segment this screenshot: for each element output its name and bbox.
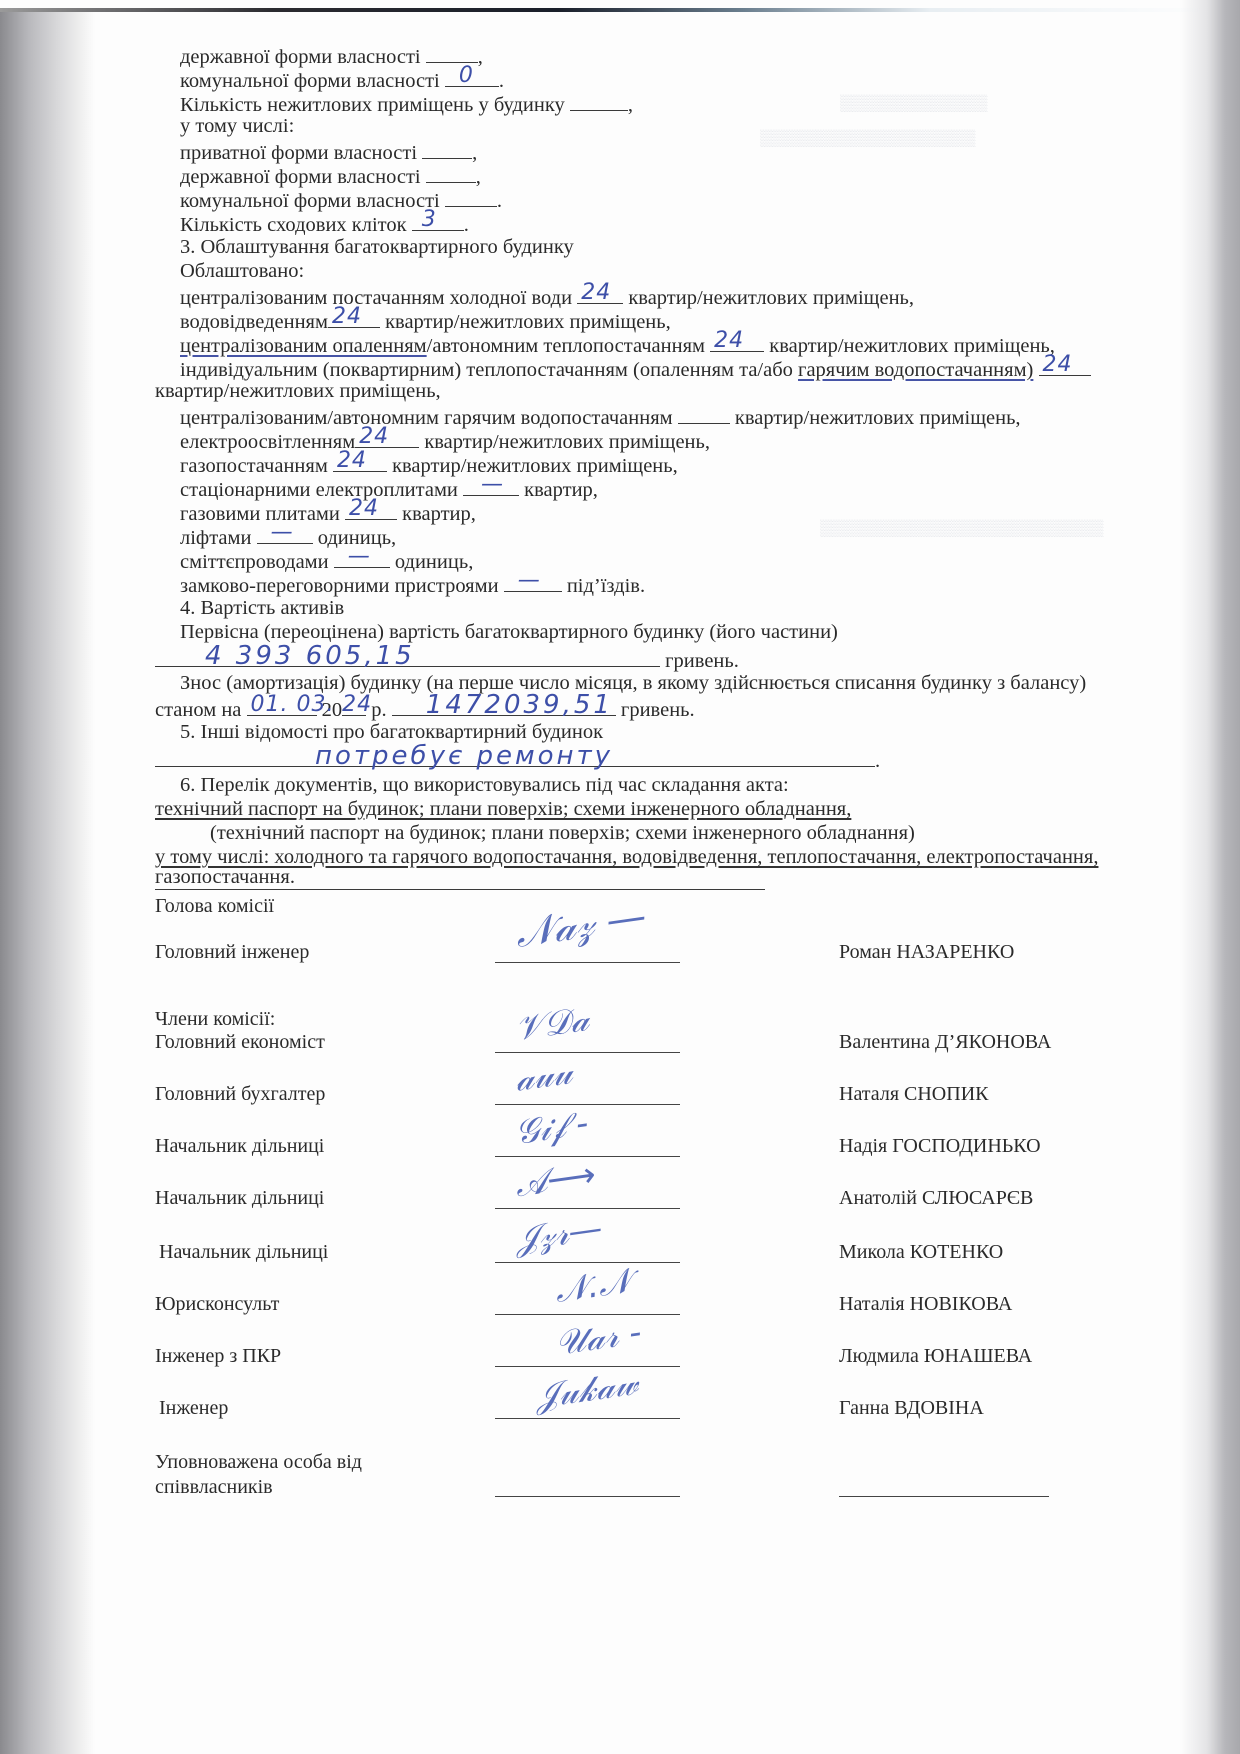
individual-heating-suffix: квартир/нежитлових приміщень, <box>155 379 441 403</box>
state-ownership-nonres-field[interactable] <box>426 162 476 183</box>
garbage-chutes-line: сміттєпроводами — одиниць, <box>180 547 473 574</box>
depreciation-line: станом на 01. 03. 2024 р. 1472039,51 гри… <box>155 695 695 722</box>
gas-stoves-line: газовими плитами 24 квартир, <box>180 499 476 526</box>
signature-line[interactable] <box>495 1314 680 1315</box>
including-label: у тому числі: <box>180 114 294 138</box>
state-ownership-field[interactable] <box>426 42 478 63</box>
as-of-date-field[interactable]: 01. 03. <box>247 695 317 716</box>
section5-value-line: потребує ремонту. <box>155 746 880 773</box>
cold-water-line: централізованим постачанням холодної вод… <box>180 283 914 310</box>
scan-top-edge <box>0 8 1240 12</box>
signatory-row: Головний бухгалтер 𝒶𝓊𝓊 Наталя СНОПИК <box>155 1082 1155 1122</box>
electric-lighting-line: електроосвітленням24 квартир/нежитлових … <box>180 427 710 454</box>
signatory-row: Головний інженер 𝒩𝒶𝓏 — Роман НАЗАРЕНКО <box>155 940 1155 980</box>
signature-line[interactable] <box>495 962 680 963</box>
co-owner-representative-row: Уповноважена особа від співвласників <box>155 1450 1155 1520</box>
signatory-row: Начальник дільниці 𝒜⟶ Анатолій СЛЮСАРЄВ <box>155 1186 1155 1226</box>
hot-water-field[interactable] <box>678 403 730 424</box>
signatory-row: Начальник дільниці 𝒢𝒾𝒻 - Надія ГОСПОДИНЬ… <box>155 1134 1155 1174</box>
signature-line[interactable] <box>495 1418 680 1419</box>
signature-mark: 𝒱𝒟𝒶 <box>513 999 592 1049</box>
bleed-through: ▒▒▒▒▒▒▒▒▒▒▒▒▒▒▒▒▒▒▒▒▒▒▒▒▒ <box>820 520 1103 538</box>
communal-ownership-nonres-field[interactable] <box>445 186 497 207</box>
signatory-row: Юрисконсульт 𝒩.𝒩 Наталія НОВІКОВА <box>155 1292 1155 1332</box>
signature-line[interactable] <box>495 1366 680 1367</box>
intercoms-line: замково-переговорними пристроями — під’ї… <box>180 571 645 598</box>
including-systems-line: у тому числі: холодного та гарячого водо… <box>155 845 1098 869</box>
gas-supply-doc-line: газопостачання. <box>155 869 765 896</box>
binding-shadow-right <box>1180 0 1240 1754</box>
initial-value-line: 4 393 605,15 гривень. <box>155 646 739 673</box>
communal-ownership-nonres-line: комунальної форми власності . <box>180 186 502 213</box>
hot-water-line: централізованим/автономним гарячим водоп… <box>180 403 1021 430</box>
initial-value-field[interactable]: 4 393 605,15 <box>155 646 660 667</box>
binding-shadow-left <box>0 12 95 1754</box>
communal-ownership-line: комунальної форми власності 0. <box>180 66 504 93</box>
communal-ownership-field[interactable]: 0 <box>445 66 499 87</box>
sewage-line: водовідведенням24 квартир/нежитлових при… <box>180 307 671 334</box>
private-ownership-field[interactable] <box>422 138 472 159</box>
gas-supply-field[interactable]: 24 <box>333 451 387 472</box>
heating-line: централізованим опаленням/автономним теп… <box>180 331 1055 358</box>
equipped-label: Облаштовано: <box>180 259 304 283</box>
signature-line[interactable] <box>495 1262 680 1263</box>
section5-value-field[interactable]: потребує ремонту <box>155 746 875 767</box>
signature-line[interactable] <box>495 1496 680 1497</box>
gas-stoves-field[interactable]: 24 <box>345 499 397 520</box>
signature-mark: 𝒩𝒶𝓏 — <box>512 893 649 957</box>
elevators-field[interactable]: — <box>257 523 313 544</box>
signature-line[interactable] <box>495 1104 680 1105</box>
signatory-row: Інженер 𝒥𝓊𝓀𝒶𝓌 Ганна ВДОВІНА <box>155 1396 1155 1436</box>
gas-supply-line: газопостачанням 24 квартир/нежитлових пр… <box>180 451 678 478</box>
section3-heading: 3. Облаштування багатоквартирного будинк… <box>180 235 574 259</box>
bleed-through: ▒▒▒▒▒▒▒▒▒▒▒▒▒ <box>840 95 987 113</box>
state-ownership-line: державної форми власності , <box>180 42 483 69</box>
members-heading: Члени комісії: <box>155 1007 275 1031</box>
individual-heating-line: індивідуальним (поквартирним) теплопоста… <box>180 355 1091 382</box>
garbage-chutes-field[interactable]: — <box>334 547 390 568</box>
signature-mark: 𝒢𝒾𝒻 - <box>513 1103 591 1153</box>
nonresidential-count-field[interactable] <box>570 90 628 111</box>
individual-heating-field[interactable]: 24 <box>1039 355 1091 376</box>
signatory-row: Головний економіст 𝒱𝒟𝒶 Валентина Д’ЯКОНО… <box>155 1030 1155 1070</box>
section4-heading: 4. Вартість активів <box>180 596 344 620</box>
documents-line: технічний паспорт на будинок; плани пове… <box>155 797 851 821</box>
depreciation-value-field[interactable]: 1472039,51 <box>392 695 616 716</box>
name-line[interactable] <box>839 1496 1049 1497</box>
electric-stoves-field[interactable]: — <box>463 475 519 496</box>
signatory-row: Інженер з ПКР 𝒰𝒶𝓇 - Людмила ЮНАШЕВА <box>155 1344 1155 1384</box>
intercoms-field[interactable]: — <box>504 571 562 592</box>
bleed-through: ▒▒▒▒▒▒▒▒▒▒▒▒▒▒▒▒▒▒▒ <box>760 130 975 148</box>
signatory-row: Начальник дільниці 𝒥𝓏𝓇— Микола КОТЕНКО <box>155 1240 1155 1280</box>
private-ownership-line: приватної форми власності , <box>180 138 477 165</box>
signature-line[interactable] <box>495 1052 680 1053</box>
signature-mark: 𝒶𝓊𝓊 <box>512 1052 574 1100</box>
sewage-field[interactable]: 24 <box>328 307 380 328</box>
stairwells-field[interactable]: 3 <box>412 210 464 231</box>
nonresidential-count-line: Кількість нежитлових приміщень у будинку… <box>180 90 633 117</box>
gas-supply-doc-field: газопостачання. <box>155 869 765 890</box>
year-field[interactable]: 24 <box>342 695 366 716</box>
heating-field[interactable]: 24 <box>710 331 764 352</box>
documents-hint: (технічний паспорт на будинок; плани пов… <box>210 821 915 845</box>
state-ownership-nonres-line: державної форми власності , <box>180 162 481 189</box>
electric-stoves-line: стаціонарними електроплитами — квартир, <box>180 475 598 502</box>
chair-heading: Голова комісії <box>155 894 274 918</box>
stairwells-line: Кількість сходових кліток 3. <box>180 210 469 237</box>
cold-water-field[interactable]: 24 <box>577 283 623 304</box>
section6-heading: 6. Перелік документів, що використовувал… <box>180 773 789 797</box>
electric-lighting-field[interactable]: 24 <box>355 427 419 448</box>
